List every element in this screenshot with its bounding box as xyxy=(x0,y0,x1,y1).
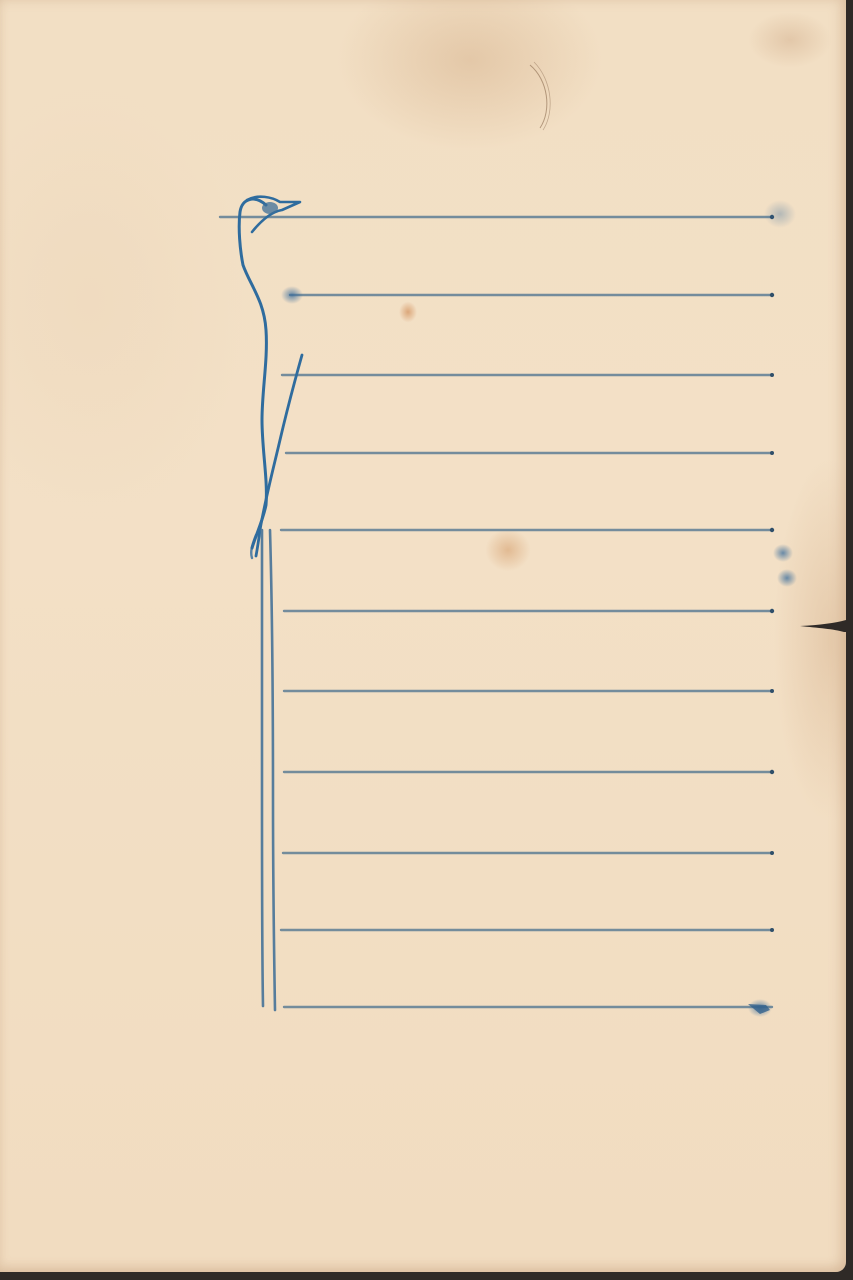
photo-stage: aged ruled paper sheet xyxy=(0,0,853,1280)
aged-paper-sheet xyxy=(0,0,846,1272)
paper-tear xyxy=(800,620,853,632)
